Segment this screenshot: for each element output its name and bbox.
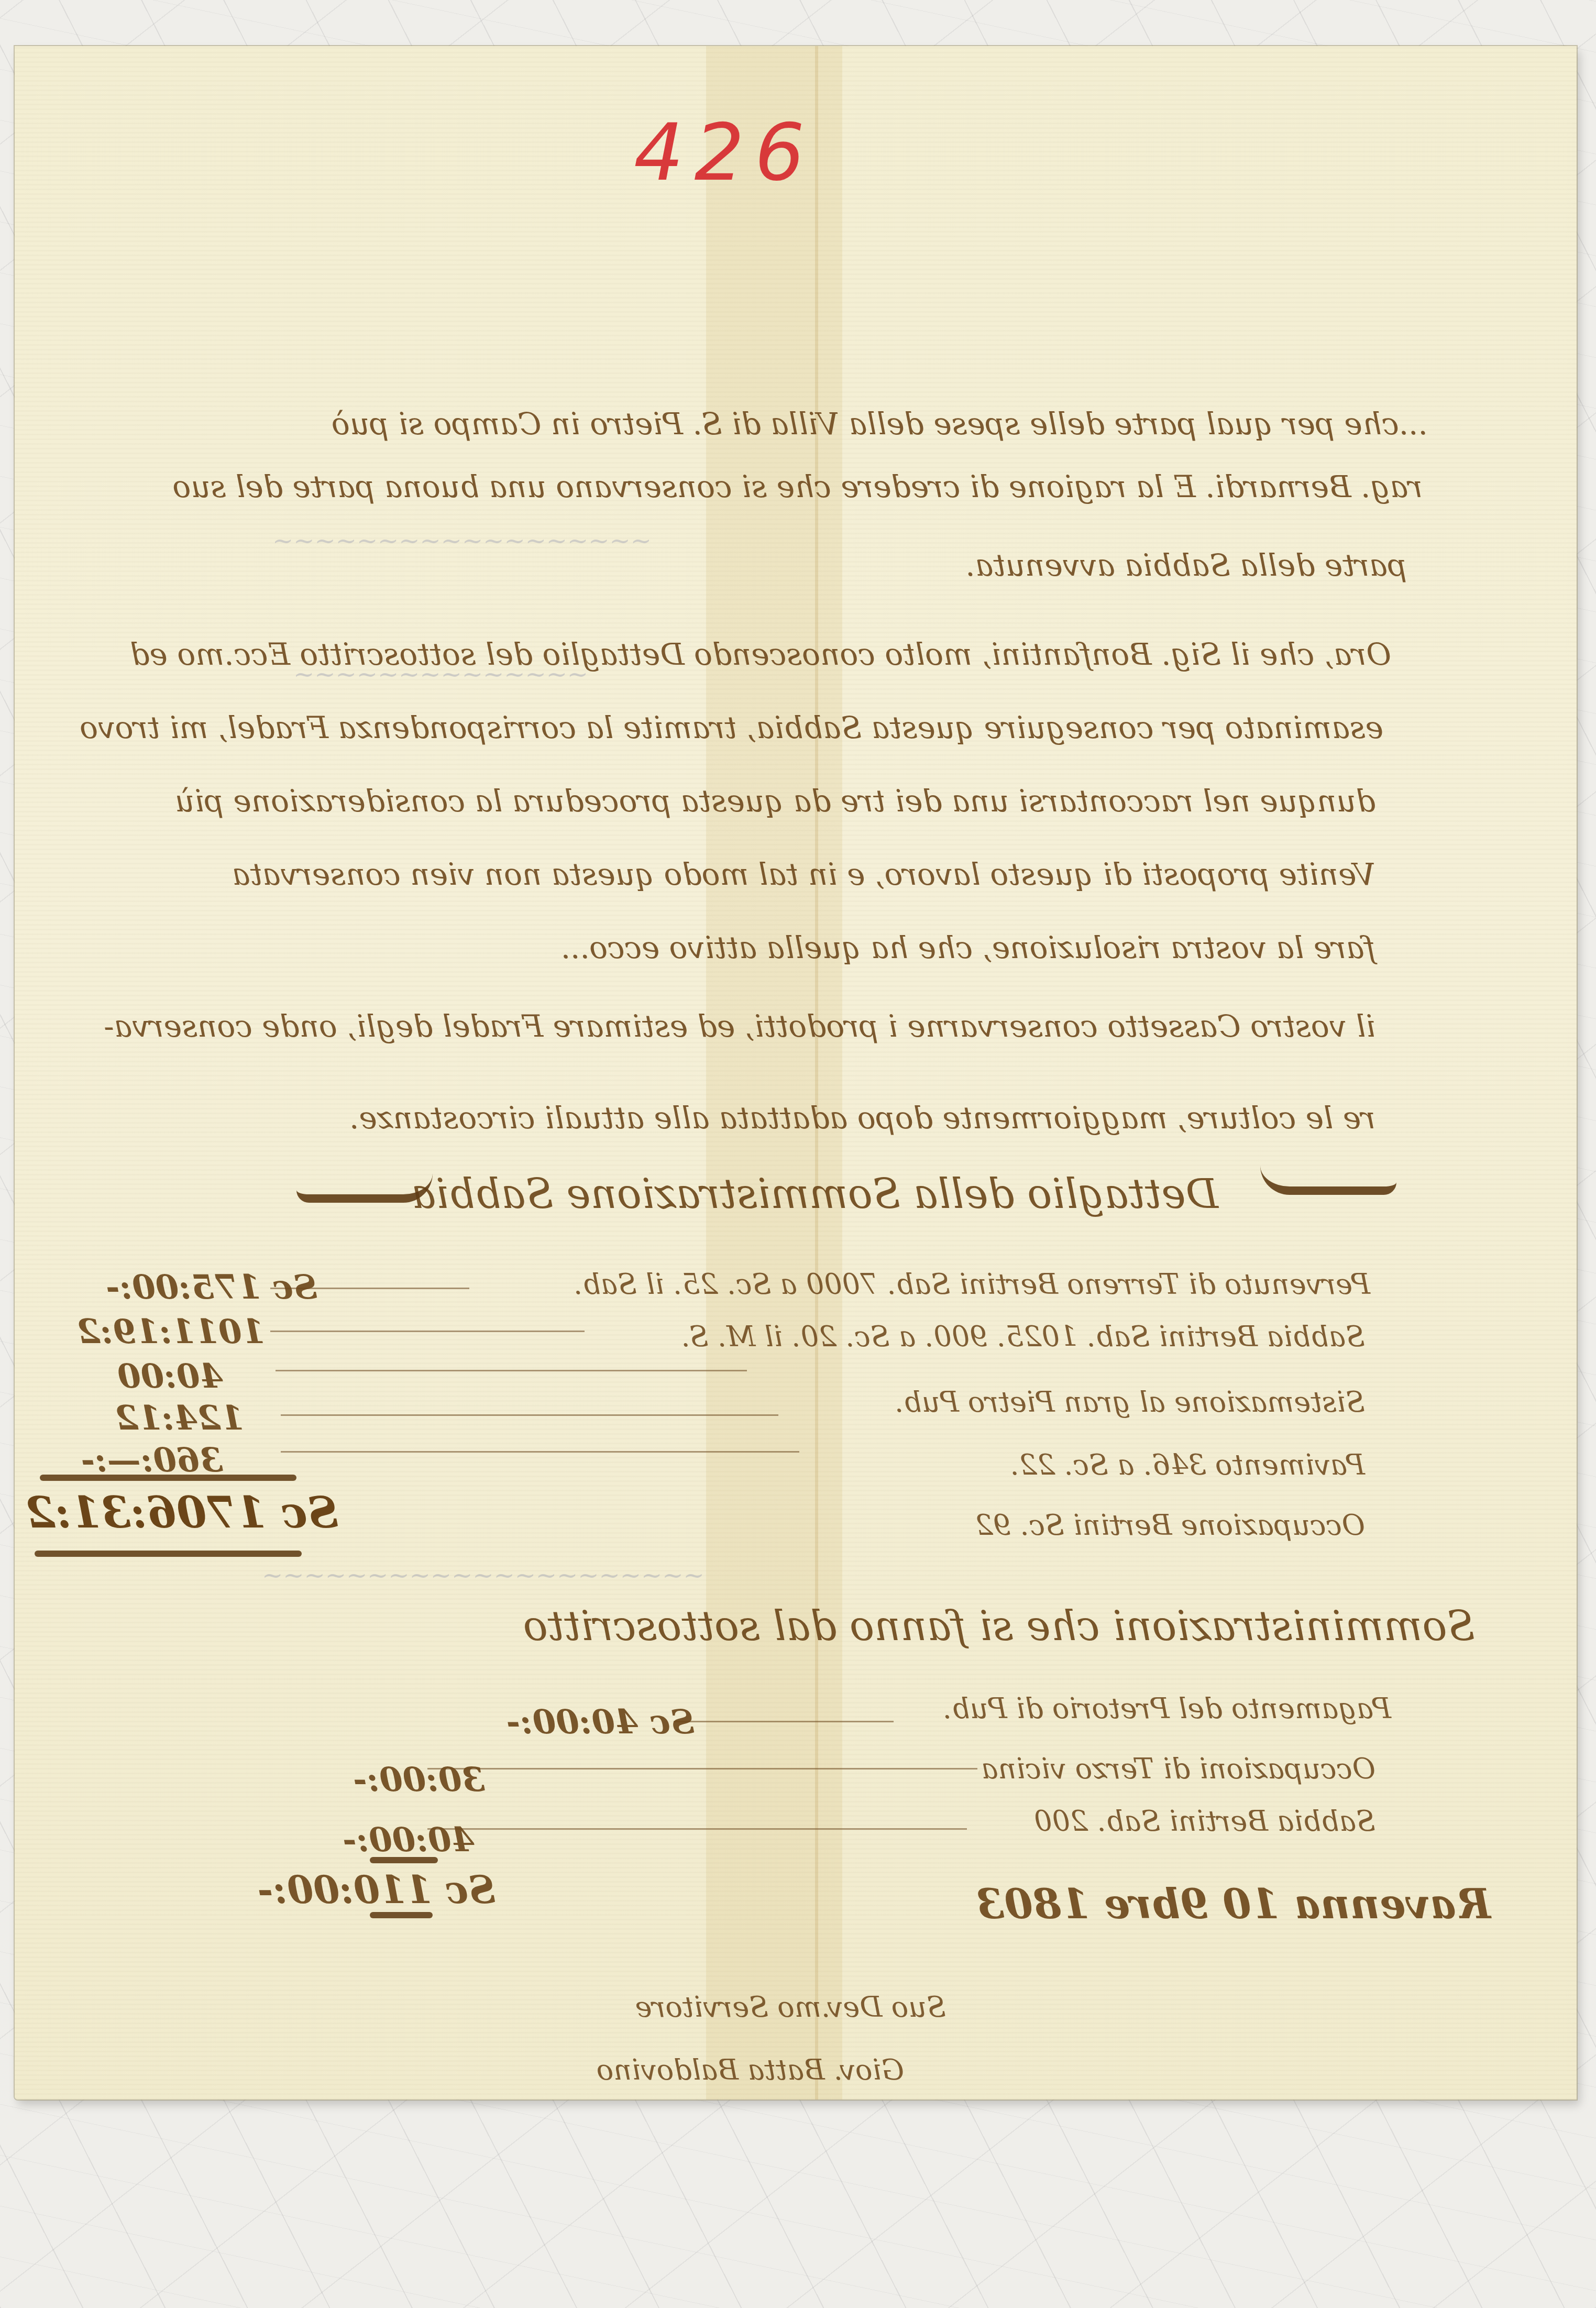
leader-line [427,1768,977,1770]
paragraph-2-line: esaminato per conseguire questa Sabbia, … [80,710,1383,745]
section-1-title: Dettaglio della Sommistrazione Sabbia [411,1171,1218,1218]
leader-line [270,1331,585,1332]
ledger-amount: 40:00:- [343,1820,475,1860]
sum-rule-double [35,1551,302,1557]
ledger-amount: Sc 175:00:- [106,1268,317,1307]
ledger-entry-text: Pagamento del Pretorio di Pub. [943,1692,1391,1725]
ledger-entry-text: Sabbia Bertini Sab. 1025. 900. a Sc. 20.… [681,1320,1365,1353]
ledger-amount: 1011:19:2 [77,1312,265,1351]
ledger-entry-text: Occupazione Bertini Sc. 92 [975,1509,1365,1542]
leader-line [276,1370,747,1371]
paragraph-2-line: dunque nel raccontarsi una dei tre da qu… [175,783,1375,819]
ledger-entry-text: Pavimento 346. a Sc. 22. [1010,1448,1365,1481]
ledger-entry-text: Pervenuto di Terreno Bertini Sab. 7000 a… [574,1268,1370,1301]
leader-line [281,1414,778,1416]
paragraph-1-line: parte della Sabbia avvenuta. [965,547,1407,583]
paragraph-2-line: re le colture, maggiormente dopo adattat… [349,1100,1375,1136]
ledger-entry-text: Sabbia Bertini Sab. 200 [1034,1805,1375,1838]
ledger-amount: 360:—:- [81,1441,223,1480]
sum-rule [370,1857,438,1863]
paragraph-2-line: il vostro Cassetto conservarne i prodott… [104,1008,1375,1044]
signature: Giov. Batta Baldovino [597,2053,904,2086]
leader-line [427,1828,967,1830]
heading-flourish [296,1173,433,1203]
ledger-amount: Sc 40:00:- [507,1702,695,1742]
paragraph-1-line: rag. Bernardi. E la ragione di credere c… [172,469,1423,504]
mirrored-handwriting-layer: ...che per qual parte delle spese della … [0,0,1595,2308]
dateline: Ravenna 10 9bre 1803 [976,1881,1491,1928]
ledger-amount: 30:00:- [353,1760,485,1799]
sum-rule-double [370,1912,433,1918]
sum-rule [40,1475,296,1481]
section-1-total: Sc 1706:31:2 [25,1488,338,1538]
section-2-title: Somministrazioni che si fanno dal sottos… [523,1603,1475,1650]
section-2-total: Sc 110:00:- [258,1867,496,1912]
ledger-amount: 124:12 [115,1399,244,1438]
ledger-amount: 40:00 [117,1357,223,1396]
heading-flourish [1260,1166,1396,1195]
paragraph-2-line: Venite proposti di questo lavoro, e in t… [232,856,1375,892]
ledger-entry-text: Occupazioni di Terzo vicina [981,1752,1375,1785]
leader-line [674,1721,894,1722]
paragraph-1-line: ...che per qual parte delle spese della … [332,406,1428,442]
paragraph-2-line: fare la vostra risoluzione, che ha quell… [561,930,1375,965]
paragraph-2-line: Ora, che il Sig. Bonfantini, molto conos… [130,636,1391,672]
leader-line [281,1451,799,1453]
closing-salutation: Suo Dev.mo Servitore [635,1991,946,2024]
ledger-entry-text: Sistemazione al gran Pietro Pub. [895,1386,1365,1419]
